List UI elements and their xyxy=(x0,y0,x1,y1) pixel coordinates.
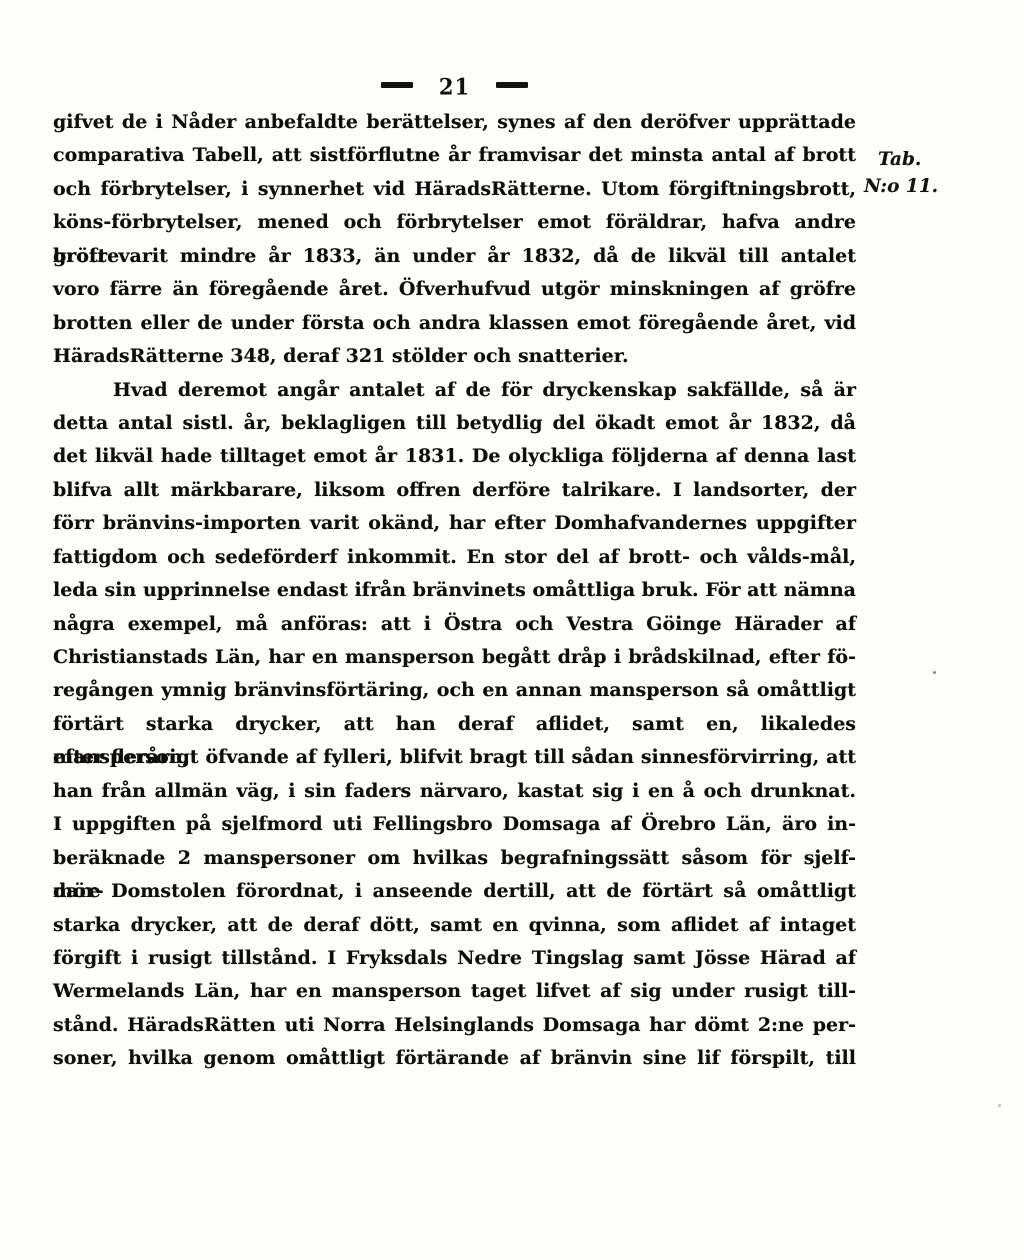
text-line: regången ymnig bränvinsförtäring, och en… xyxy=(53,674,856,707)
text-line: efter flerårigt öfvande af fylleri, blif… xyxy=(53,741,856,774)
text-line: och förbrytelser, i synnerhet vid Härads… xyxy=(53,173,856,206)
text-line: förr bränvins-importen varit okänd, har … xyxy=(53,507,856,540)
page-number: 21 xyxy=(439,73,470,99)
text-line: dare Domstolen förordnat, i anseende der… xyxy=(53,875,856,908)
text-line: leda sin upprinnelse endast ifrån bränvi… xyxy=(53,574,856,607)
text-line: förtärt starka drycker, att han deraf af… xyxy=(53,708,856,741)
text-line: I uppgiften på sjelfmord uti Fellingsbro… xyxy=(53,808,856,841)
text-line: han från allmän väg, i sin faders närvar… xyxy=(53,775,856,808)
text-line-paragraph-start: Hvad deremot angår antalet af de för dry… xyxy=(53,374,856,407)
text-line: starka drycker, att de deraf dött, samt … xyxy=(53,909,856,942)
margin-note-tab-label: Tab. xyxy=(864,146,984,173)
scan-speck xyxy=(933,671,936,674)
text-line: blifva allt märkbarare, liksom offren de… xyxy=(53,474,856,507)
text-line: fattigdom och sedeförderf inkommit. En s… xyxy=(53,541,856,574)
header-dash-left-icon xyxy=(381,82,413,88)
text-line: soner, hvilka genom omåttligt förtärande… xyxy=(53,1042,856,1075)
header-dash-right-icon xyxy=(496,82,528,88)
text-line: detta antal sistl. år, beklagligen till … xyxy=(53,407,856,440)
text-line: köns-förbrytelser, mened och förbrytelse… xyxy=(53,206,856,239)
text-line: förgift i rusigt tillstånd. I Fryksdals … xyxy=(53,942,856,975)
text-line: det likväl hade tilltaget emot år 1831. … xyxy=(53,440,856,473)
text-line: några exempel, må anföras: att i Östra o… xyxy=(53,608,856,641)
text-line: gifvet de i Nåder anbefaldte berättelser… xyxy=(53,106,856,139)
body-text-block: gifvet de i Nåder anbefaldte berättelser… xyxy=(53,106,856,1076)
margin-note: Tab. N:o 11. xyxy=(864,146,984,200)
page-header: 21 xyxy=(53,72,856,99)
scan-speck xyxy=(998,1104,1001,1107)
text-line: Christianstads Län, har en mansperson be… xyxy=(53,641,856,674)
text-line: brotten eller de under första och andra … xyxy=(53,307,856,340)
text-line: comparativa Tabell, att sistförflutne år… xyxy=(53,139,856,172)
text-line: brott varit mindre år 1833, än under år … xyxy=(53,240,856,273)
text-line: beräknade 2 manspersoner om hvilkas begr… xyxy=(53,842,856,875)
text-line: voro färre än föregående året. Öfverhufv… xyxy=(53,273,856,306)
text-line-paragraph-end: HäradsRätterne 348, deraf 321 stölder oc… xyxy=(53,340,856,373)
scanned-document-page: 21 Tab. N:o 11. gifvet de i Nåder anbefa… xyxy=(0,0,1024,1260)
margin-note-tab-number: N:o 11. xyxy=(864,173,984,200)
text-line: Wermelands Län, har en mansperson taget … xyxy=(53,975,856,1008)
text-line: stånd. HäradsRätten uti Norra Helsinglan… xyxy=(53,1009,856,1042)
